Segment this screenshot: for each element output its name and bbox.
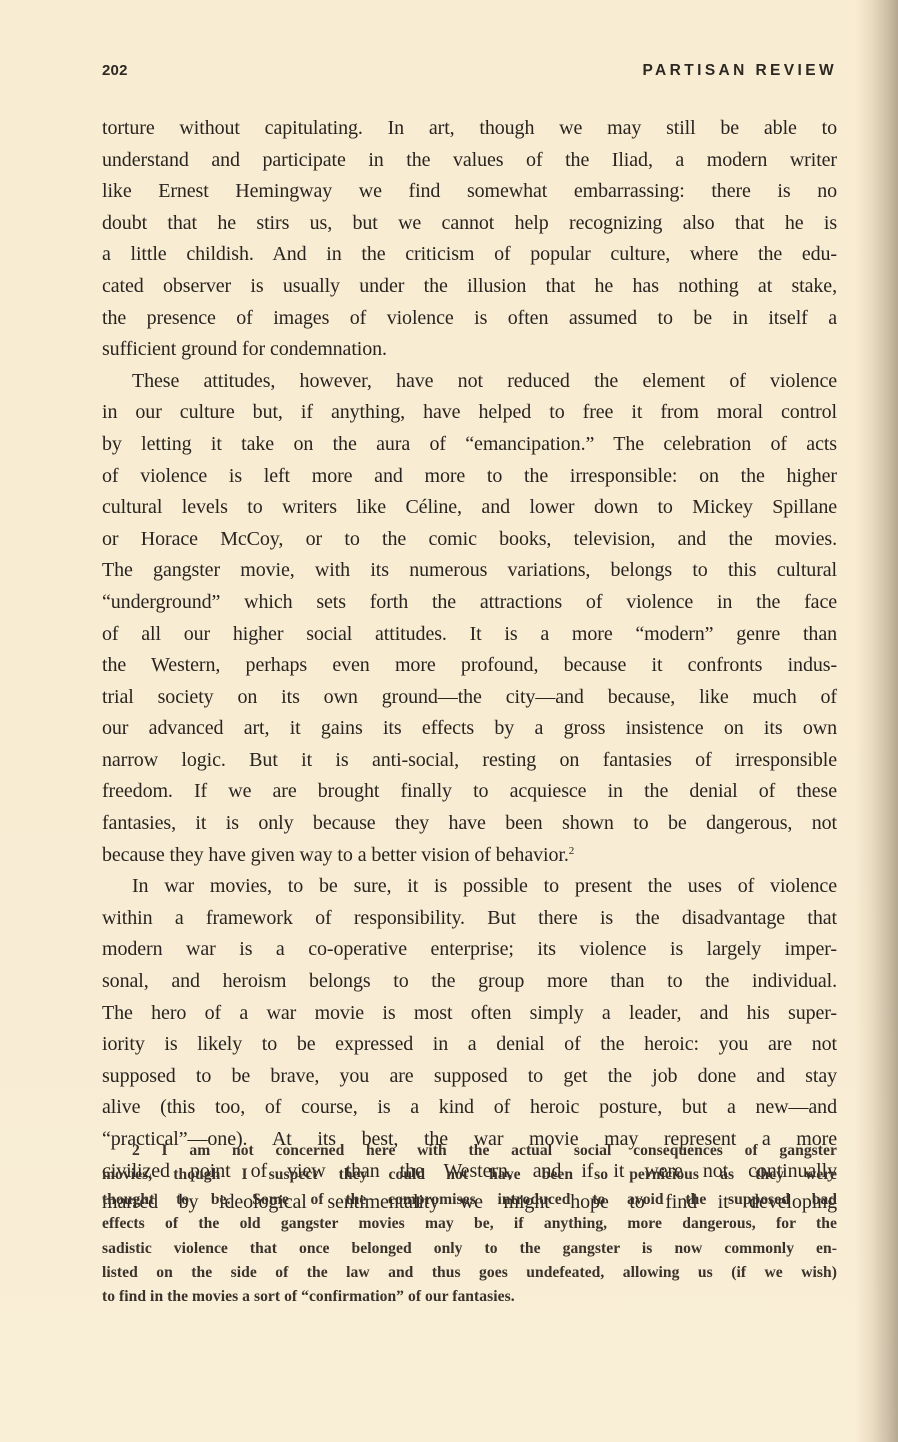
body-line: iority is likely to be expressed in a de…	[102, 1029, 837, 1061]
body-line: trial society on its own ground—the city…	[102, 682, 837, 714]
body-line: cated observer is usually under the illu…	[102, 271, 837, 303]
body-line: within a framework of responsibility. Bu…	[102, 903, 837, 935]
body-line: fantasies, it is only because they have …	[102, 808, 837, 840]
body-line: sonal, and heroism belongs to the group …	[102, 966, 837, 998]
footnote-line: sadistic violence that once belonged onl…	[102, 1237, 837, 1261]
footnote-line: 2 I am not concerned here with the actua…	[102, 1139, 837, 1163]
body-line: alive (this too, of course, is a kind of…	[102, 1092, 837, 1124]
scanned-page: 202 PARTISAN REVIEW torture without capi…	[0, 0, 898, 1442]
page-number: 202	[102, 62, 128, 79]
body-line: torture without capitulating. In art, th…	[102, 113, 837, 145]
footnote-line: thought to be. Some of the compromises i…	[102, 1188, 837, 1212]
body-line: a little childish. And in the criticism …	[102, 239, 837, 271]
body-line: our advanced art, it gains its effects b…	[102, 713, 837, 745]
body-line: These attitudes, however, have not reduc…	[102, 366, 837, 398]
body-line: in our culture but, if anything, have he…	[102, 397, 837, 429]
footnote-line: to find in the movies a sort of “confirm…	[102, 1285, 837, 1309]
body-line: freedom. If we are brought finally to ac…	[102, 776, 837, 808]
body-line: or Horace McCoy, or to the comic books, …	[102, 524, 837, 556]
body-line: The hero of a war movie is most often si…	[102, 998, 837, 1030]
body-line: understand and participate in the values…	[102, 145, 837, 177]
body-line: cultural levels to writers like Céline, …	[102, 492, 837, 524]
footnote-line: effects of the old gangster movies may b…	[102, 1212, 837, 1236]
body-line: modern war is a co-operative enterprise;…	[102, 934, 837, 966]
body-line: because they have given way to a better …	[102, 840, 837, 872]
body-line: of all our higher social attitudes. It i…	[102, 619, 837, 651]
running-head: 202 PARTISAN REVIEW	[102, 62, 837, 86]
body-line-text: because they have given way to a better …	[102, 844, 569, 866]
body-line: the Western, perhaps even more profound,…	[102, 650, 837, 682]
body-line: like Ernest Hemingway we find somewhat e…	[102, 176, 837, 208]
footnote-reference[interactable]: 2	[569, 845, 574, 857]
footnote: 2 I am not concerned here with the actua…	[102, 1139, 837, 1310]
body-line: “underground” which sets forth the attra…	[102, 587, 837, 619]
body-line: by letting it take on the aura of “emanc…	[102, 429, 837, 461]
journal-title: PARTISAN REVIEW	[642, 62, 837, 80]
footnote-line: movies, though I suspect they could not …	[102, 1163, 837, 1187]
body-text: torture without capitulating. In art, th…	[102, 113, 837, 1219]
body-line: The gangster movie, with its numerous va…	[102, 555, 837, 587]
body-line: the presence of images of violence is of…	[102, 303, 837, 335]
footnote-line: listed on the side of the law and thus g…	[102, 1261, 837, 1285]
body-line: doubt that he stirs us, but we cannot he…	[102, 208, 837, 240]
body-line: In war movies, to be sure, it is possibl…	[102, 871, 837, 903]
body-line: of violence is left more and more to the…	[102, 461, 837, 493]
body-line: sufficient ground for condemnation.	[102, 334, 837, 366]
body-line: supposed to be brave, you are supposed t…	[102, 1061, 837, 1093]
body-line: narrow logic. But it is anti-social, res…	[102, 745, 837, 777]
